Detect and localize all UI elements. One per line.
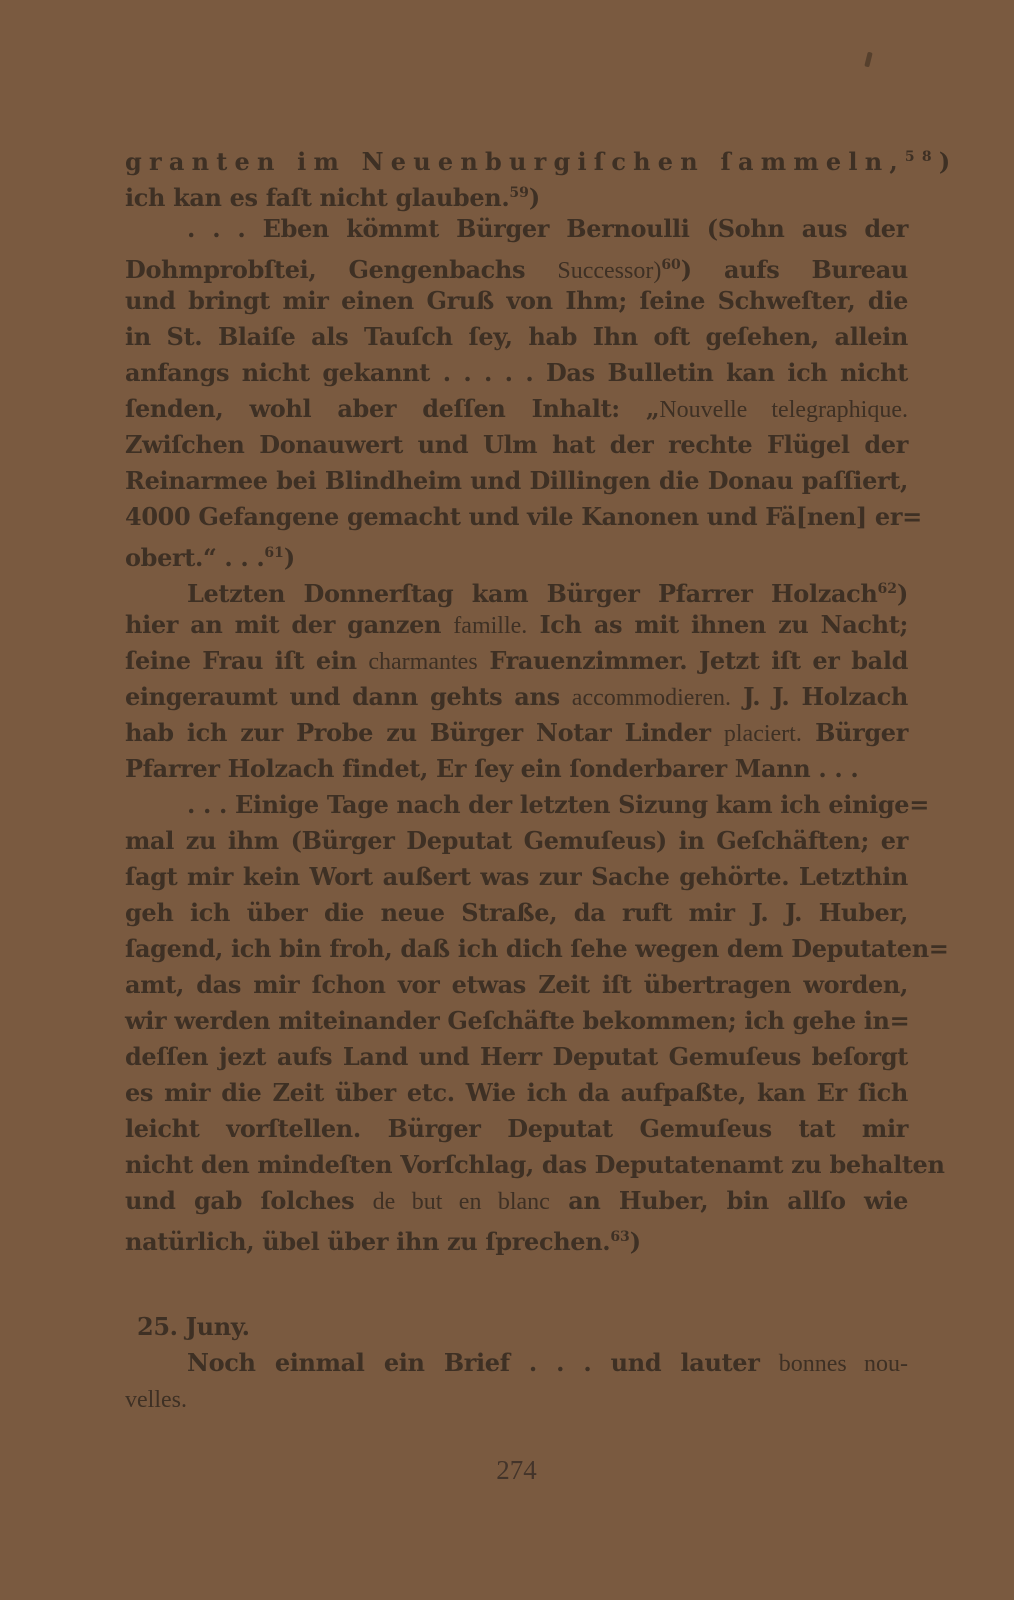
text-line: und gab ſolches de but en blanc an Huber…: [125, 1183, 908, 1219]
text-line: Reinarmee bei Blindheim und Dillingen di…: [125, 463, 908, 499]
footnote-marker: 59: [509, 185, 528, 201]
text-segment: charmantes: [368, 649, 477, 675]
text-segment: in St. Blaiſe als Tauſch ſey, hab Ihn of…: [125, 322, 908, 351]
text-segment: geh ich über die neue Straße, da ruft mi…: [125, 898, 908, 927]
text-segment: natürlich, übel über ihn zu ſprechen.: [125, 1227, 610, 1256]
text-line: Letzten Donnerſtag kam Bürger Pfarrer Ho…: [125, 571, 908, 607]
page-text-block: granten im Neuenburgiſchen ſammeln,58)ic…: [125, 139, 908, 1417]
text-segment: accommodieren.: [572, 685, 731, 711]
text-line: hier an mit der ganzen famille. Ich as m…: [125, 607, 908, 643]
footnote-marker: 60: [661, 257, 680, 273]
text-line: ſagt mir kein Wort außert was zur Sache …: [125, 859, 908, 895]
text-line: ich kan es faſt nicht glauben.59): [125, 175, 908, 211]
text-segment: ): [939, 147, 958, 176]
text-segment: und gab ſolches: [125, 1186, 373, 1215]
text-segment: ſagt mir kein Wort außert was zur Sache …: [125, 862, 908, 891]
text-segment: ): [630, 1227, 641, 1256]
text-segment: Zwiſchen Donauwert und Ulm hat der recht…: [125, 430, 908, 459]
text-segment: amt, das mir ſchon vor etwas Zeit iſt üb…: [125, 970, 908, 999]
text-segment: und bringt mir einen Gruß von Ihm; ſeine…: [125, 286, 908, 315]
page-number: 274: [125, 1452, 908, 1488]
text-segment: de but en blanc: [373, 1189, 550, 1215]
text-segment: Frauenzimmer. Jetzt iſt er bald: [478, 646, 908, 675]
text-segment: Bürger: [802, 718, 908, 747]
text-line: geh ich über die neue Straße, da ruft mi…: [125, 895, 908, 931]
book-page: granten im Neuenburgiſchen ſammeln,58)ic…: [0, 0, 1014, 1600]
text-line: Pfarrer Holzach findet, Er ſey ein ſonde…: [125, 751, 908, 787]
text-line: nicht den mindeſten Vorſchlag, das Deput…: [125, 1147, 908, 1183]
date-heading-line: 25. Juny.: [137, 1309, 908, 1345]
text-line: eingeraumt und dann gehts ans accommodie…: [125, 679, 908, 715]
paragraph-continuation: granten im Neuenburgiſchen ſammeln,58)ic…: [125, 139, 908, 211]
date-heading: 25. Juny.: [125, 1309, 908, 1345]
text-segment: . . . Eben kömmt Bürger Bernoulli (Sohn …: [187, 214, 908, 243]
text-segment: Pfarrer Holzach findet, Er ſey ein ſonde…: [125, 754, 858, 783]
footnote-marker: 61: [264, 545, 283, 561]
text-segment: leicht vorſtellen. Bürger Deputat Gemuſe…: [125, 1114, 908, 1143]
text-segment: 4000 Gefangene gemacht und vile Kanonen …: [125, 502, 922, 531]
text-segment: Dohmprobſtei, Gengenbachs: [125, 255, 557, 284]
text-line: wir werden miteinander Geſchäfte bekomme…: [125, 1003, 908, 1039]
text-line: leicht vorſtellen. Bürger Deputat Gemuſe…: [125, 1111, 908, 1147]
text-segment: hab ich zur Probe zu Bürger Notar Linder: [125, 718, 724, 747]
text-line: hab ich zur Probe zu Bürger Notar Linder…: [125, 715, 908, 751]
text-segment: Letzten Donnerſtag kam Bürger Pfarrer Ho…: [187, 579, 878, 608]
text-segment: ſenden, wohl aber deſſen Inhalt: „: [125, 394, 659, 423]
footnote-marker: 63: [610, 1229, 629, 1245]
text-segment: Ich as mit ihnen zu Nacht;: [527, 610, 908, 639]
text-line: anfangs nicht gekannt . . . . . Das Bull…: [125, 355, 908, 391]
text-segment: ): [284, 543, 295, 572]
text-line: Zwiſchen Donauwert und Ulm hat der recht…: [125, 427, 908, 463]
paragraph-brief: Noch einmal ein Brief . . . und lauter b…: [125, 1345, 908, 1417]
text-line: Noch einmal ein Brief . . . und lauter b…: [125, 1345, 908, 1381]
text-segment: velles.: [125, 1387, 187, 1413]
text-segment: mal zu ihm (Bürger Deputat Gemuſeus) in …: [125, 826, 908, 855]
text-segment: ): [529, 183, 540, 212]
text-line: granten im Neuenburgiſchen ſammeln,58): [125, 139, 908, 175]
text-line: amt, das mir ſchon vor etwas Zeit iſt üb…: [125, 967, 908, 1003]
text-segment: granten im Neuenburgiſchen ſammeln,: [125, 147, 905, 176]
text-segment: Reinarmee bei Blindheim und Dillingen di…: [125, 466, 908, 495]
text-segment: 25. Juny.: [137, 1312, 250, 1341]
text-segment: eingeraumt und dann gehts ans: [125, 682, 572, 711]
text-line: und bringt mir einen Gruß von Ihm; ſeine…: [125, 283, 908, 319]
text-segment: . . . Einige Tage nach der letzten Sizun…: [187, 790, 929, 819]
text-line: deſſen jezt aufs Land und Herr Deputat G…: [125, 1039, 908, 1075]
text-segment: ): [897, 579, 908, 608]
text-segment: ſeine Frau iſt ein: [125, 646, 368, 675]
text-line: 4000 Gefangene gemacht und vile Kanonen …: [125, 499, 908, 535]
text-segment: an Huber, bin allſo wie: [550, 1186, 908, 1215]
text-line: . . . Eben kömmt Bürger Bernoulli (Sohn …: [125, 211, 908, 247]
paragraph-holzach: Letzten Donnerſtag kam Bürger Pfarrer Ho…: [125, 571, 908, 787]
text-segment: anfangs nicht gekannt . . . . . Das Bull…: [125, 358, 908, 387]
text-segment: deſſen jezt aufs Land und Herr Deputat G…: [125, 1042, 908, 1071]
footnote-marker: 62: [878, 581, 897, 597]
text-segment: ) aufs Bureau: [681, 255, 908, 284]
text-segment: nicht den mindeſten Vorſchlag, das Deput…: [125, 1150, 945, 1179]
text-segment: Noch einmal ein Brief . . . und lauter: [187, 1348, 779, 1377]
text-line: . . . Einige Tage nach der letzten Sizun…: [125, 787, 908, 823]
text-line: velles.: [125, 1381, 908, 1417]
text-line: ſagend, ich bin froh, daß ich dich ſehe …: [125, 931, 908, 967]
text-segment: J. J. Holzach: [731, 682, 908, 711]
text-segment: wir werden miteinander Geſchäfte bekomme…: [125, 1006, 909, 1035]
text-segment: obert.“ . . .: [125, 543, 264, 572]
text-line: in St. Blaiſe als Tauſch ſey, hab Ihn of…: [125, 319, 908, 355]
paragraph-bernoulli-bulletin: . . . Eben kömmt Bürger Bernoulli (Sohn …: [125, 211, 908, 571]
text-segment: hier an mit der ganzen: [125, 610, 453, 639]
text-segment: Nouvelle telegraphique.: [659, 397, 908, 423]
text-line: Dohmprobſtei, Gengenbachs Successor)60) …: [125, 247, 908, 283]
text-segment: Successor): [557, 258, 661, 284]
text-segment: ſagend, ich bin froh, daß ich dich ſehe …: [125, 934, 949, 963]
text-line: obert.“ . . .61): [125, 535, 908, 571]
text-segment: placiert.: [724, 721, 802, 747]
text-line: ſeine Frau iſt ein charmantes Frauenzimm…: [125, 643, 908, 679]
text-segment: bonnes nou-: [779, 1351, 908, 1377]
text-line: mal zu ihm (Bürger Deputat Gemuſeus) in …: [125, 823, 908, 859]
paragraph-gemuseus-huber: . . . Einige Tage nach der letzten Sizun…: [125, 787, 908, 1255]
text-segment: famille.: [453, 613, 527, 639]
text-line: ſenden, wohl aber deſſen Inhalt: „Nouvel…: [125, 391, 908, 427]
ink-speck: [864, 52, 872, 68]
text-line: es mir die Zeit über etc. Wie ich da auf…: [125, 1075, 908, 1111]
text-segment: ich kan es faſt nicht glauben.: [125, 183, 509, 212]
text-line: natürlich, übel über ihn zu ſprechen.63): [125, 1219, 908, 1255]
footnote-marker: 58: [905, 149, 939, 165]
text-segment: es mir die Zeit über etc. Wie ich da auf…: [125, 1078, 908, 1107]
